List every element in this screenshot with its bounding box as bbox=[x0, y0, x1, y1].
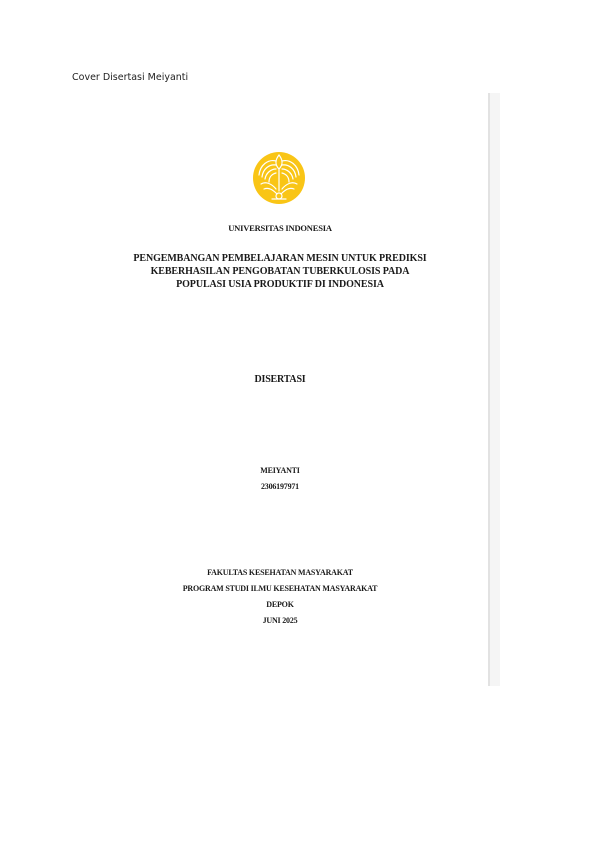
institution-block: FAKULTAS KESEHATAN MASYARAKAT PROGRAM ST… bbox=[100, 565, 460, 629]
title-line: POPULASI USIA PRODUKTIF DI INDONESIA bbox=[110, 278, 450, 291]
document-header-label: Cover Disertasi Meiyanti bbox=[72, 72, 188, 83]
author-name: MEIYANTI bbox=[100, 463, 460, 479]
dissertation-title: PENGEMBANGAN PEMBELAJARAN MESIN UNTUK PR… bbox=[110, 252, 450, 291]
universitas-indonesia-logo-icon bbox=[252, 151, 306, 205]
page-side-strip bbox=[488, 93, 500, 686]
study-program: PROGRAM STUDI ILMU KESEHATAN MASYARAKAT bbox=[100, 581, 460, 597]
university-name: UNIVERSITAS INDONESIA bbox=[100, 223, 460, 233]
author-block: MEIYANTI 2306197971 bbox=[100, 463, 460, 495]
title-line: KEBERHASILAN PENGOBATAN TUBERKULOSIS PAD… bbox=[110, 265, 450, 278]
title-line: PENGEMBANGAN PEMBELAJARAN MESIN UNTUK PR… bbox=[110, 252, 450, 265]
student-id: 2306197971 bbox=[100, 479, 460, 495]
city: DEPOK bbox=[100, 597, 460, 613]
document-type: DISERTASI bbox=[100, 374, 460, 385]
date: JUNI 2025 bbox=[100, 613, 460, 629]
faculty-name: FAKULTAS KESEHATAN MASYARAKAT bbox=[100, 565, 460, 581]
